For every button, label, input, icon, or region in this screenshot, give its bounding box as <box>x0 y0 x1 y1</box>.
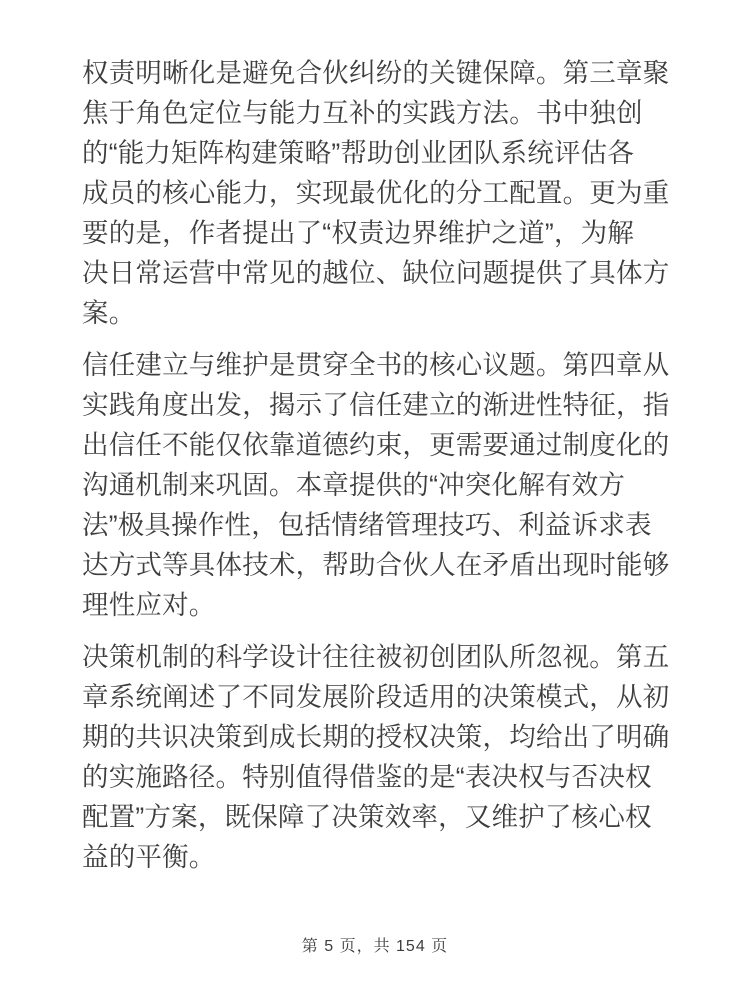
text-line: 决策机制的科学设计往往被初创团队所忽视。第五 <box>82 637 672 677</box>
text-line: 的“能力矩阵构建策略”帮助创业团队系统评估各 <box>82 133 672 173</box>
paragraph: 决策机制的科学设计往往被初创团队所忽视。第五章系统阐述了不同发展阶段适用的决策模… <box>82 637 672 877</box>
page-indicator: 第 5 页，共 154 页 <box>302 938 448 955</box>
text-line: 章系统阐述了不同发展阶段适用的决策模式，从初 <box>82 677 672 717</box>
text-line: 权责明晰化是避免合伙纠纷的关键保障。第三章聚 <box>82 53 672 93</box>
text-line: 案。 <box>82 293 672 333</box>
text-line: 实践角度出发，揭示了信任建立的渐进性特征，指 <box>82 385 672 425</box>
text-line: 要的是，作者提出了“权责边界维护之道”，为解 <box>82 213 672 253</box>
paragraph: 权责明晰化是避免合伙纠纷的关键保障。第三章聚焦于角色定位与能力互补的实践方法。书… <box>82 53 672 333</box>
text-line: 的实施路径。特别值得借鉴的是“表决权与否决权 <box>82 757 672 797</box>
text-line: 沟通机制来巩固。本章提供的“冲突化解有效方 <box>82 465 672 505</box>
document-body: 权责明晰化是避免合伙纠纷的关键保障。第三章聚焦于角色定位与能力互补的实践方法。书… <box>82 53 672 889</box>
page-footer: 第 5 页，共 154 页 <box>0 936 750 958</box>
text-line: 理性应对。 <box>82 585 672 625</box>
text-line: 信任建立与维护是贯穿全书的核心议题。第四章从 <box>82 345 672 385</box>
text-line: 配置”方案，既保障了决策效率，又维护了核心权 <box>82 797 672 837</box>
paragraph: 信任建立与维护是贯穿全书的核心议题。第四章从实践角度出发，揭示了信任建立的渐进性… <box>82 345 672 625</box>
text-line: 期的共识决策到成长期的授权决策，均给出了明确 <box>82 717 672 757</box>
document-page: 权责明晰化是避免合伙纠纷的关键保障。第三章聚焦于角色定位与能力互补的实践方法。书… <box>0 0 750 1000</box>
text-line: 决日常运营中常见的越位、缺位问题提供了具体方 <box>82 253 672 293</box>
text-line: 焦于角色定位与能力互补的实践方法。书中独创 <box>82 93 672 133</box>
text-line: 出信任不能仅依靠道德约束，更需要通过制度化的 <box>82 425 672 465</box>
text-line: 法”极具操作性，包括情绪管理技巧、利益诉求表 <box>82 505 672 545</box>
text-line: 成员的核心能力，实现最优化的分工配置。更为重 <box>82 173 672 213</box>
text-line: 达方式等具体技术，帮助合伙人在矛盾出现时能够 <box>82 545 672 585</box>
text-line: 益的平衡。 <box>82 837 672 877</box>
